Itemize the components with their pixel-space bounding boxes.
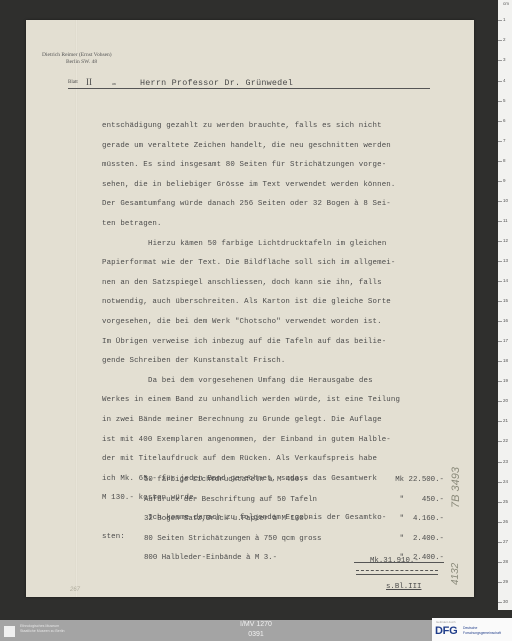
- to-label: an: [112, 81, 116, 86]
- dfg-logo-icon: DFG: [435, 625, 457, 637]
- cost-row: 32 Bogen Satz,Druck u.Papier à M 130.-" …: [144, 515, 444, 535]
- body-line: in zwei Bände meiner Berechnung zu Grund…: [102, 416, 490, 436]
- addressee: Herrn Professor Dr. Grünwedel: [140, 78, 293, 88]
- sheet-number: II: [86, 77, 92, 87]
- cm-ruler: cm 1 2 3 4 5 6 7 8 9 10 11 12 13 14 15 1…: [498, 0, 512, 610]
- cost-amount: " 2.400.-: [354, 535, 444, 543]
- body-line: der mit Titelaufdruck auf dem Rücken. Al…: [102, 455, 490, 475]
- letterhead-publisher: Dietrich Reimer (Ernst Vohsen): [42, 52, 112, 59]
- body-line: sehen, die in beliebiger Grösse im Text …: [102, 181, 490, 201]
- cost-item: 50 farbige Lichtdrucktafeln à M 450.-: [144, 476, 308, 484]
- body-line: Im Übrigen verweise ich inbezug auf die …: [102, 338, 490, 358]
- handwritten-note: 4132: [450, 563, 461, 585]
- cost-row: 50 farbige Lichtdrucktafeln à M 450.-Mk …: [144, 476, 444, 496]
- cost-item: 80 Seiten Strichätzungen à 750 qcm gross: [144, 535, 321, 543]
- body-line: gende Schreiben der Kunstanstalt Frisch.: [102, 357, 490, 377]
- cost-amount: " 450.-: [354, 496, 444, 504]
- paper-fold: [75, 20, 78, 597]
- letterhead-address: Berlin SW. 48: [42, 59, 112, 66]
- cost-item: 800 Halbleder-Einbände à M 3.-: [144, 554, 277, 562]
- ruler-unit: cm: [503, 1, 509, 6]
- handwritten-note: 7B 3493: [450, 467, 462, 508]
- continued-reference: s.Bl.III: [386, 583, 421, 591]
- cost-item: 32 Bogen Satz,Druck u.Papier à M 130.-: [144, 515, 313, 523]
- body-line: müssten. Es sind insgesamt 80 Seiten für…: [102, 161, 490, 181]
- cost-amount: " 4.160.-: [354, 515, 444, 523]
- body-line: Hierzu kämen 50 farbige Lichtdrucktafeln…: [102, 240, 490, 260]
- body-line: Da bei dem vorgesehenen Umfang die Herau…: [102, 377, 490, 397]
- sheet-label: Blatt: [68, 80, 78, 85]
- handwritten-note: 267: [70, 587, 80, 593]
- body-line: entschädigung gezahlt zu werden brauchte…: [102, 122, 490, 142]
- total-double-underline: [356, 570, 438, 575]
- funder-name: Deutsche Forschungsgemeinschaft: [463, 626, 501, 635]
- body-line: ten betragen.: [102, 220, 490, 240]
- letterhead: Dietrich Reimer (Ernst Vohsen) Berlin SW…: [42, 52, 112, 66]
- cost-amount: Mk 22.500.-: [354, 476, 444, 484]
- body-line: notwendig, auch überschreiten. Als Karto…: [102, 298, 490, 318]
- cost-row: Aufdruck der Beschriftung auf 50 Tafeln"…: [144, 496, 444, 516]
- body-line: vorgesehen, die bei dem Werk "Chotscho" …: [102, 318, 490, 338]
- cost-item: Aufdruck der Beschriftung auf 50 Tafeln: [144, 496, 317, 504]
- body-line: Werkes in einem Band zu unhandlich werde…: [102, 396, 490, 416]
- letter-header: Blatt II an Herrn Professor Dr. Grünwede…: [68, 78, 430, 89]
- funder-badge: Gefördert durch DFG Deutsche Forschungsg…: [432, 618, 512, 641]
- body-line: Der Gesamtumfang würde danach 256 Seiten…: [102, 200, 490, 220]
- body-line: nen an den Satzspiegel anschliessen, doc…: [102, 279, 490, 299]
- cost-row: 80 Seiten Strichätzungen à 750 qcm gross…: [144, 535, 444, 555]
- body-line: Papierformat wie der Text. Die Bildfläch…: [102, 259, 490, 279]
- body-line: ist mit 400 Exemplaren angenommen, der E…: [102, 436, 490, 456]
- cost-total: Mk.31.910.-: [370, 557, 419, 565]
- body-line: gerade um veraltete Zeichen handelt, die…: [102, 142, 490, 162]
